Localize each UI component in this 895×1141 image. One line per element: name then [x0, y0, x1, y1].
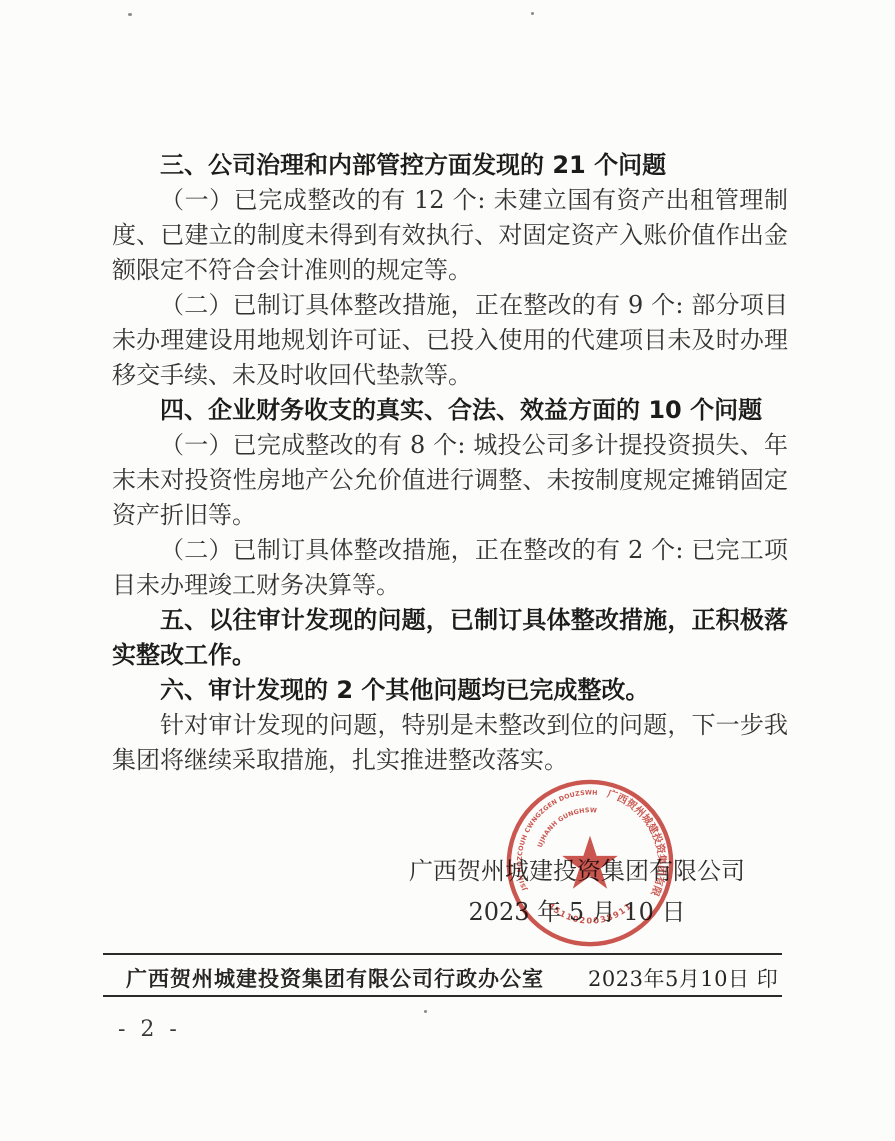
svg-text:YOUJHANH GUNGHSWH: YOUJHANH GUNGHSWH: [501, 779, 597, 849]
section-heading-5: 五、以往审计发现的问题，已制订具体整改措施，正积极落实整改工作。: [112, 603, 788, 673]
seal-number: 4511020038911: [546, 900, 634, 925]
page-number: - 2 -: [118, 1017, 181, 1042]
section-heading-3: 三、公司治理和内部管控方面发现的 21 个问题: [112, 148, 788, 183]
section-heading-4: 四、企业财务收支的真实、合法、效益方面的 10 个问题: [112, 393, 788, 428]
paragraph: （二）已制订具体整改措施，正在整改的有 2 个: 已完工项目未办理竣工财务决算等…: [112, 533, 788, 603]
company-seal: GVANGJSIH HOZCOUH CWNGZGEN DOUZSWH 广西贺州城…: [501, 779, 679, 951]
svg-text:GVANGJSIH HOZCOUH CWNGZGEN DOU: GVANGJSIH HOZCOUH CWNGZGEN DOUZSWH 广西贺州城…: [501, 779, 669, 899]
document-page: 三、公司治理和内部管控方面发现的 21 个问题 （一）已完成整改的有 12 个:…: [0, 0, 895, 1141]
footer-rule-top: [103, 953, 782, 955]
scan-speck: [424, 1010, 427, 1013]
scan-speck: [531, 12, 534, 15]
paragraph: （二）已制订具体整改措施，正在整改的有 9 个: 部分项目未办理建设用地规划许可…: [112, 288, 788, 393]
document-body: 三、公司治理和内部管控方面发现的 21 个问题 （一）已完成整改的有 12 个:…: [112, 148, 788, 778]
footer-print-date: 2023年5月10日 印: [588, 963, 778, 993]
footer-office: 广西贺州城建投资集团有限公司行政办公室: [126, 963, 544, 993]
svg-text:4511020038911: 4511020038911: [546, 900, 634, 925]
footer-rule-bottom: [103, 995, 782, 997]
scan-speck: [128, 13, 132, 16]
seal-star-icon: [562, 836, 618, 889]
paragraph: （一）已完成整改的有 12 个: 未建立国有资产出租管理制度、已建立的制度未得到…: [112, 183, 788, 288]
seal-zhuang-inner-text: YOUJHANH GUNGHSWH: [501, 779, 597, 849]
section-heading-6: 六、审计发现的 2 个其他问题均已完成整改。: [112, 673, 788, 708]
paragraph: （一）已完成整改的有 8 个: 城投公司多计提投资损失、年末未对投资性房地产公允…: [112, 428, 788, 533]
paragraph: 针对审计发现的问题，特别是未整改到位的问题，下一步我集团将继续采取措施，扎实推进…: [112, 708, 788, 778]
